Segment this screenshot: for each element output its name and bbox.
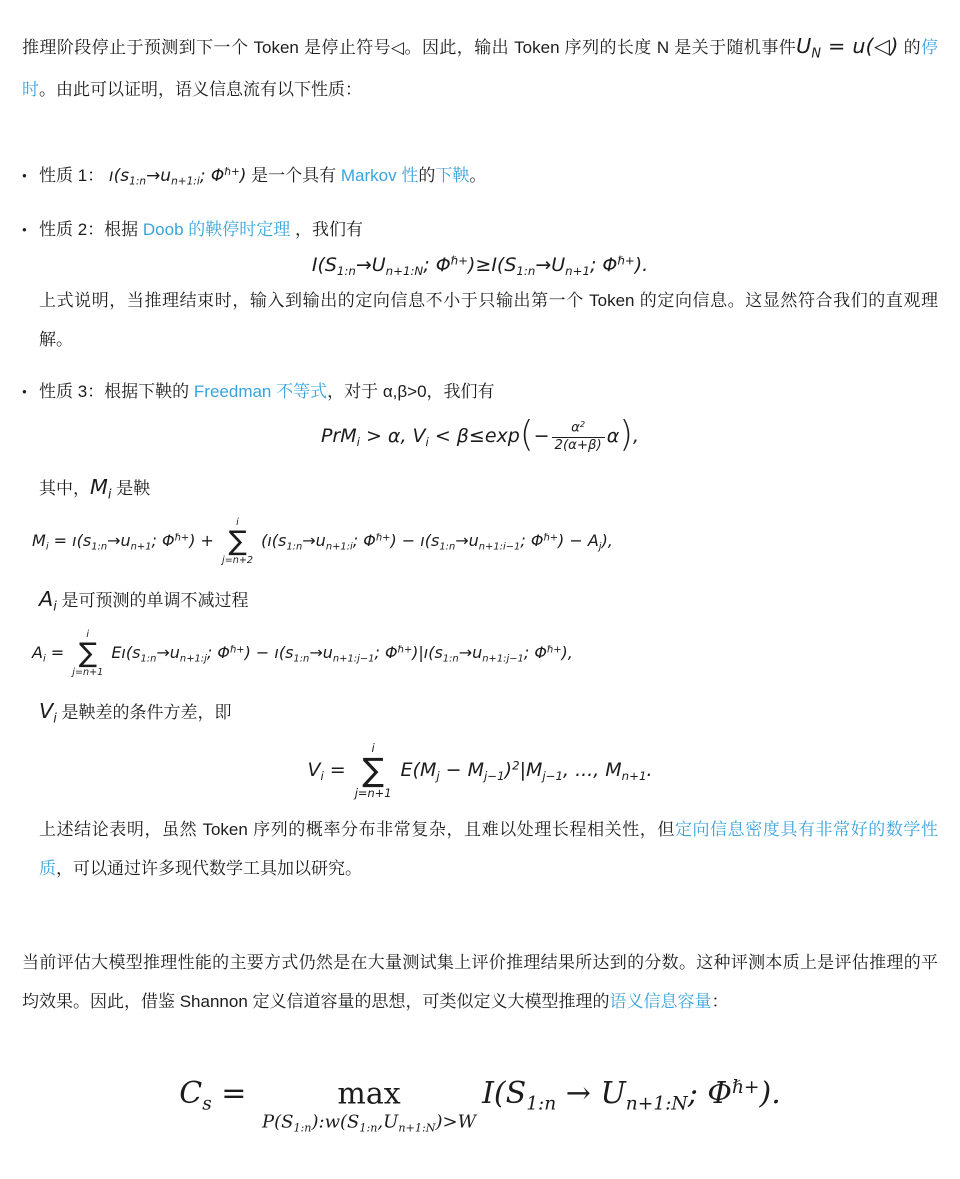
subscript: n+1:N (626, 1093, 688, 1114)
freedman-inequality-formula: PrMi > α, Vi < β≤exp(−α22(α+β)α), (22, 419, 938, 455)
big-paren-icon: ) (619, 414, 633, 455)
subscript: i (357, 436, 360, 450)
text-link[interactable]: Markov 性 (341, 166, 418, 185)
subscript: 1:n (293, 654, 309, 665)
superscript: ℏ+ (230, 645, 245, 656)
superscript: 2 (580, 419, 585, 429)
sum-lower-limit: j=n+2 (222, 555, 253, 567)
predictable-process-intro: Ai 是可预测的单调不减过程 (39, 575, 938, 623)
superscript: ℏ+ (732, 1076, 760, 1097)
formula-math: Ai = i∑j=n+1 Eı(s1:n→un+1:j; Φℏ+) − ı(s1… (32, 643, 573, 662)
subscript: j (436, 769, 439, 783)
property-2-explanation: 上式说明，当推理结束时，输入到输出的定向信息不小于只输出第一个 Token 的定… (39, 281, 938, 360)
subscript: 1:n (293, 1122, 311, 1135)
subscript: 1:n (516, 264, 535, 278)
inline-math: Mi (90, 475, 111, 499)
property-1-item: 性质 1： ı(s1:n→un+1:i; Φℏ+) 是一个具有 Markov 性… (22, 156, 938, 196)
superscript: ℏ+ (547, 645, 562, 656)
superscript: ℏ+ (617, 253, 634, 267)
max-operator: maxP(S1:n):w(S1:n,Un+1:N)>W (262, 1078, 476, 1136)
subscript: n+1:N (386, 264, 424, 278)
subscript: i (426, 436, 429, 450)
fraction: α22(α+β) (552, 419, 605, 455)
text-link[interactable]: Doob 的鞅停时定理 (143, 220, 290, 239)
subscript: s (202, 1093, 212, 1114)
text-link[interactable]: Freedman 不等式 (194, 382, 327, 401)
inline-math: Vi (39, 699, 57, 723)
martingale-formula: Mi = ı(s1:n→un+1; Φℏ+) + i∑j=n+2 (ı(s1:n… (22, 517, 938, 567)
subscript: i (46, 542, 49, 553)
text-link[interactable]: 下鞅 (435, 166, 469, 185)
superscript: ℏ+ (451, 253, 468, 267)
max-label: max (337, 1078, 400, 1110)
superscript: 2 (512, 758, 520, 772)
martingale-intro: 其中，Mi 是鞅 (39, 463, 938, 511)
subscript: 1:n (526, 1093, 556, 1114)
subscript: 1:n (129, 175, 146, 187)
subscript: n+1:N (398, 1122, 435, 1135)
sum-lower-limit: j=n+1 (72, 667, 103, 679)
formula-math: PrMi > α, Vi < β≤exp(−α22(α+β)α), (321, 425, 639, 447)
subscript: 1:n (286, 542, 302, 553)
subscript: n+1 (565, 264, 590, 278)
superscript: ℏ+ (175, 533, 190, 544)
subscript: j−1 (484, 769, 505, 783)
max-constraint: P(S1:n):w(S1:n,Un+1:N)>W (262, 1110, 476, 1137)
subscript: n+1:i (326, 542, 353, 553)
subscript: i (53, 711, 57, 726)
inline-math: ı(s1:n→un+1:i; Φℏ+) (109, 166, 247, 186)
capacity-paragraph: 当前评估大模型推理性能的主要方式仍然是在大量测试集上评价推理结果所达到的分数。这… (22, 943, 938, 1022)
superscript: ℏ+ (376, 533, 391, 544)
fraction-numerator: α2 (571, 419, 585, 437)
subscript: n+1:j−1 (333, 654, 375, 665)
subscript: 1:n (91, 542, 107, 553)
property-3-item: 性质 3：根据下鞅的 Freedman 不等式，对于 α,β>0，我们有 (22, 372, 938, 411)
conclusion-paragraph: 上述结论表明，虽然 Token 序列的概率分布非常复杂，且难以处理长程相关性，但… (39, 810, 938, 889)
subscript: j−1 (542, 769, 563, 783)
big-paren-icon: ( (520, 414, 534, 455)
text-link[interactable]: 语义信息容量 (610, 992, 712, 1011)
predictable-process-formula: Ai = i∑j=n+1 Eı(s1:n→un+1:j; Φℏ+) − ı(s1… (22, 629, 938, 679)
formula-math: Cs = maxP(S1:n):w(S1:n,Un+1:N)>WI(S1:n →… (179, 1076, 781, 1111)
text-link[interactable]: 定向信息密度具有非常好的数学性质 (39, 820, 938, 878)
sum-lower-limit: j=n+1 (355, 786, 392, 800)
subscript: n+1:j−1 (482, 654, 524, 665)
intro-paragraph: 推理阶段停止于预测到下一个 Token 是停止符号◁。因此，输出 Token 序… (22, 22, 938, 110)
subscript: n+1 (131, 542, 152, 553)
formula-math: Vi = i∑j=n+1 E(Mj − Mj−1)2|Mj−1, ..., Mn… (307, 759, 652, 781)
subscript: 1:n (359, 1122, 377, 1135)
section-spacer (22, 889, 938, 943)
article-body: 推理阶段停止于预测到下一个 Token 是停止符号◁。因此，输出 Token 序… (0, 0, 960, 1124)
subscript: n+1 (622, 769, 647, 783)
subscript: n+1:j (180, 654, 207, 665)
subscript: i (43, 654, 46, 665)
variance-formula: Vi = i∑j=n+1 E(Mj − Mj−1)2|Mj−1, ..., Mn… (22, 741, 938, 800)
doob-inequality-formula: I(S1:n→Un+1:N; Φℏ+)≥I(S1:n→Un+1; Φℏ+). (22, 253, 938, 278)
subscript: j (599, 542, 602, 553)
inline-math: UN = u(◁) (796, 34, 898, 58)
sum-sigma-icon: ∑ (79, 641, 97, 667)
sum-sigma-icon: ∑ (362, 755, 384, 786)
superscript: ℏ+ (224, 166, 240, 178)
sum-operator: i∑j=n+1 (72, 629, 103, 679)
subscript: i (108, 487, 112, 502)
subscript: n+1:i−1 (479, 542, 521, 553)
subscript: 1:n (439, 542, 455, 553)
formula-math: Mi = ı(s1:n→un+1; Φℏ+) + i∑j=n+2 (ı(s1:n… (32, 531, 613, 550)
subscript: n+1:i (171, 175, 200, 187)
sum-operator: i∑j=n+1 (355, 741, 392, 800)
formula-math: I(S1:n→Un+1:N; Φℏ+)≥I(S1:n→Un+1; Φℏ+). (312, 254, 648, 276)
fraction-denominator: 2(α+β) (552, 437, 605, 455)
subscript: 1:n (443, 654, 459, 665)
subscript: 1:n (140, 654, 156, 665)
subscript: N (811, 47, 821, 62)
sum-operator: i∑j=n+2 (222, 517, 253, 567)
superscript: ℏ+ (398, 645, 413, 656)
capacity-formula: Cs = maxP(S1:n):w(S1:n,Un+1:N)>WI(S1:n →… (22, 1066, 938, 1124)
subscript: 1:n (337, 264, 356, 278)
subscript: i (53, 599, 57, 614)
inline-math: Ai (39, 587, 57, 611)
property-2-item: 性质 2：根据 Doob 的鞅停时定理 ，我们有 (22, 210, 938, 249)
subscript: i (320, 769, 323, 783)
superscript: ℏ+ (543, 533, 558, 544)
variance-intro: Vi 是鞅差的条件方差，即 (39, 687, 938, 735)
sum-sigma-icon: ∑ (228, 529, 246, 555)
